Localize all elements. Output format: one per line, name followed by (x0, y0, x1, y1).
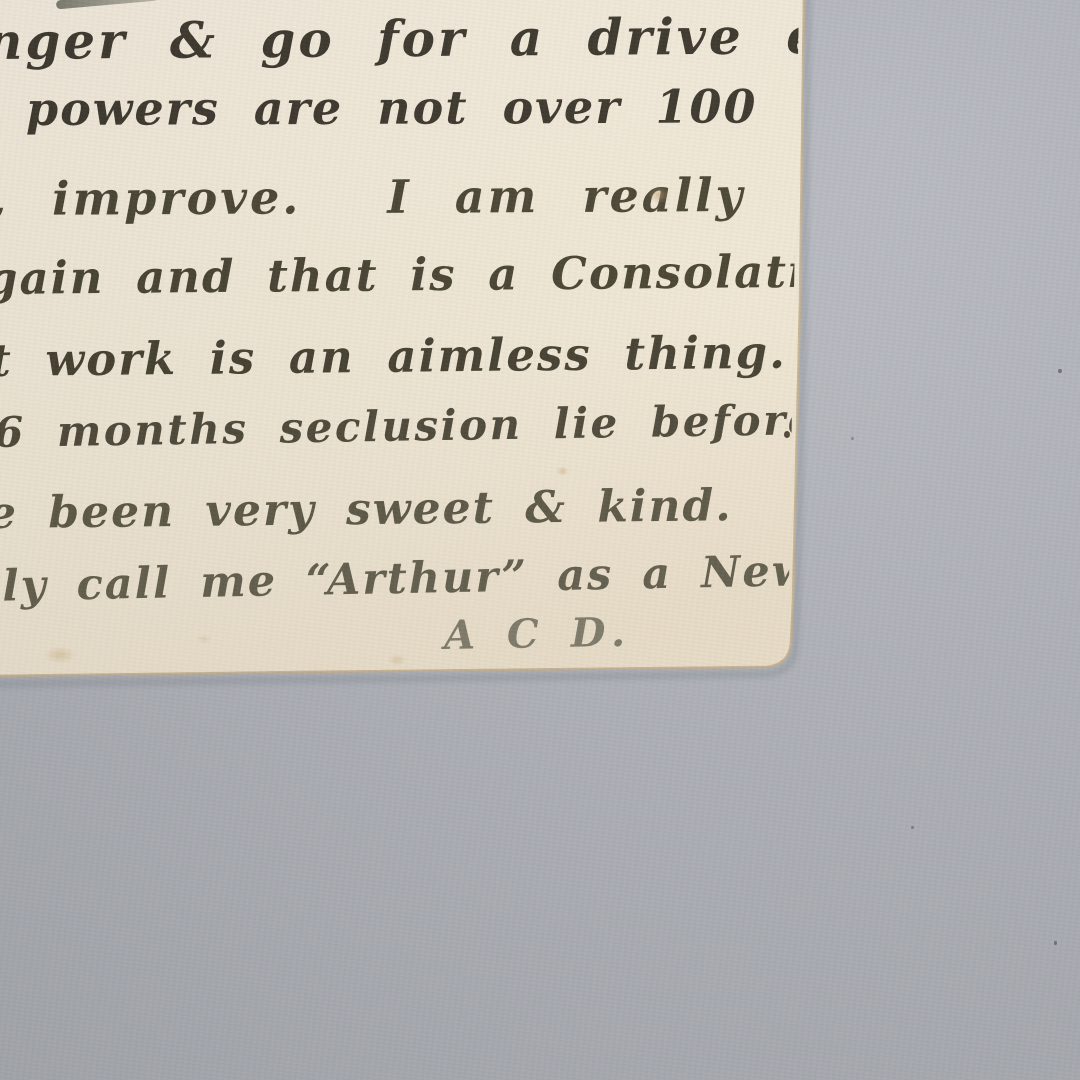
handwriting-line-3: , improve. I am really (0, 168, 745, 226)
handwriting-line-5: t work is an aimless thing. I (0, 325, 875, 387)
handwriting-line-4: gain and that is a Consolation (0, 244, 874, 305)
handwriting-line-8: lly call me “Arthur” as a New (0, 546, 811, 612)
signature-acd: A C D. (444, 609, 633, 659)
photo-scene: nger & go for a drive every powers are n… (0, 0, 1080, 1080)
handwriting-line-7: e been very sweet & kind. By (0, 479, 860, 539)
handwriting-line-2: powers are not over 100 (26, 79, 758, 136)
